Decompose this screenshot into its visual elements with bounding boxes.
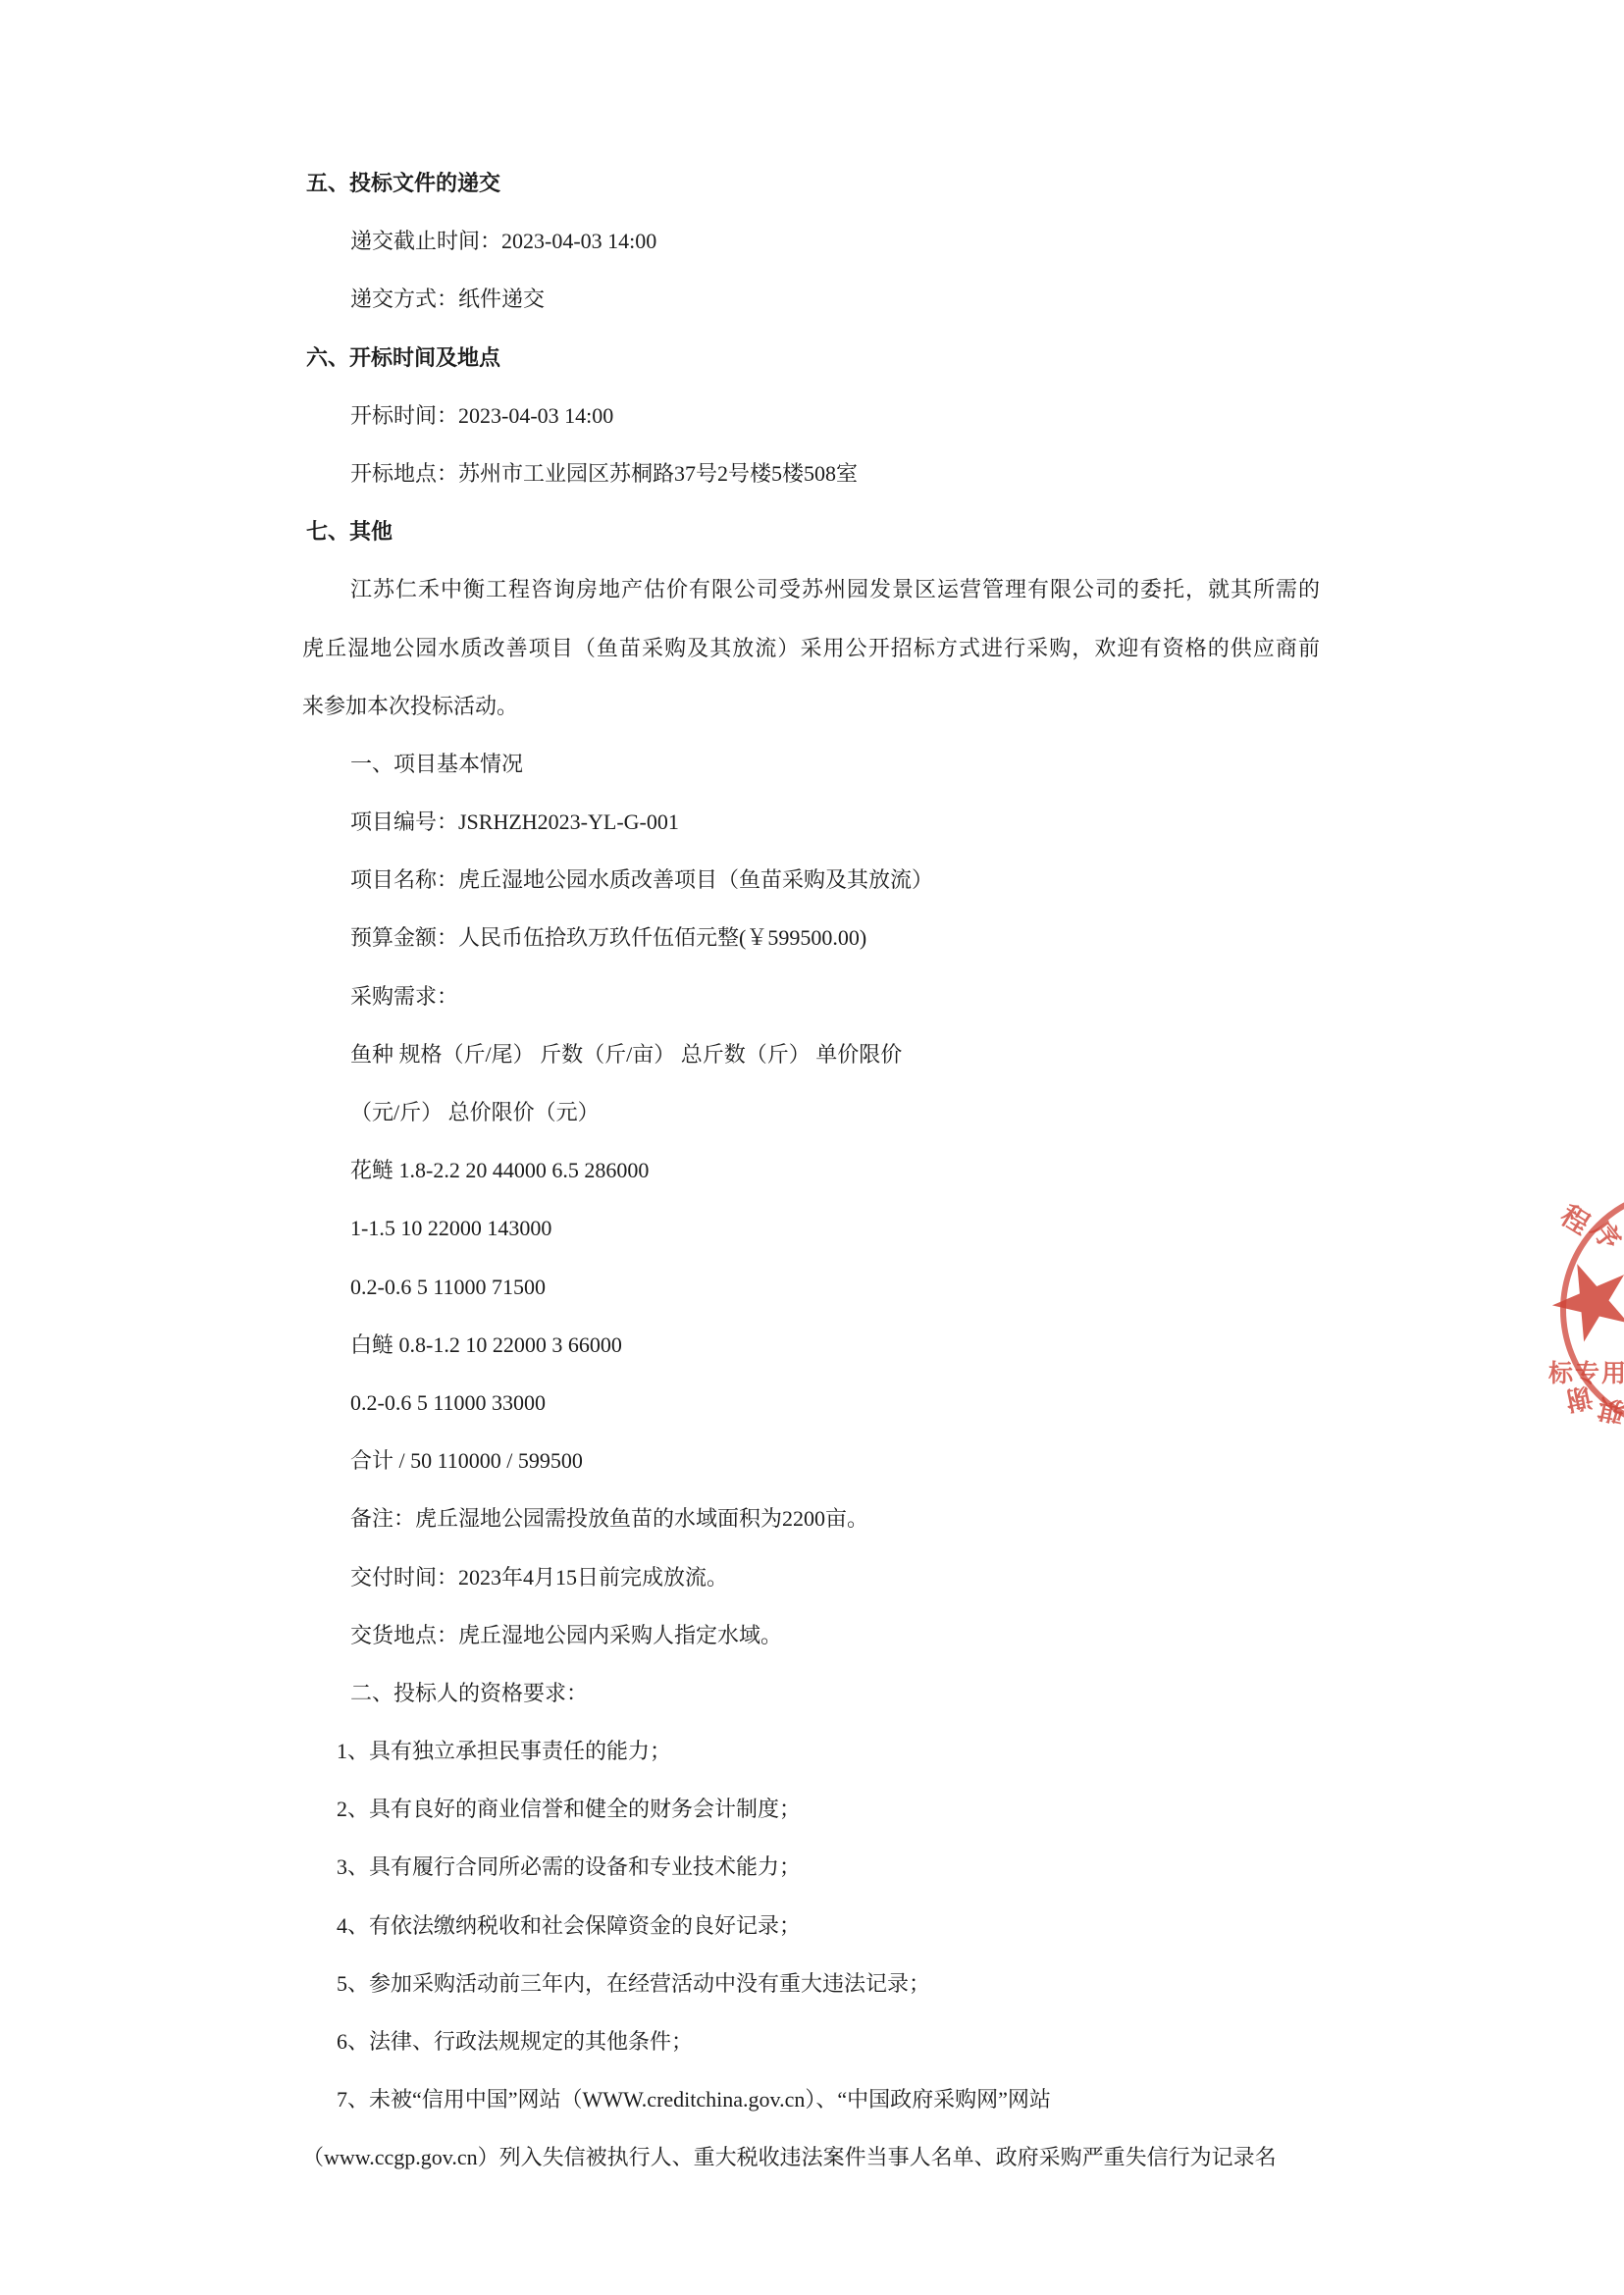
remark: 备注：虎丘湿地公园需投放鱼苗的水域面积为2200亩。 bbox=[302, 1489, 1320, 1547]
intro-paragraph-line: 江苏仁禾中衡工程咨询房地产估价有限公司受苏州园发景区运营管理有限公司的委托，就其… bbox=[302, 560, 1320, 618]
subsection-qualifications: 二、投标人的资格要求： bbox=[302, 1664, 1320, 1722]
qualification-item-continuation: （www.ccgp.gov.cn）列入失信被执行人、重大税收违法案件当事人名单、… bbox=[302, 2128, 1320, 2186]
bid-opening-time: 开标时间：2023-04-03 14:00 bbox=[302, 387, 1320, 444]
stamp-arc-text: 骐 bbox=[1594, 1391, 1624, 1434]
section-heading-6: 六、开标时间及地点 bbox=[302, 329, 1320, 387]
intro-paragraph-line: 来参加本次投标活动。 bbox=[302, 677, 1320, 735]
bid-opening-place: 开标地点：苏州市工业园区苏桐路37号2号楼5楼508室 bbox=[302, 444, 1320, 502]
delivery-place: 交货地点：虎丘湿地公园内采购人指定水域。 bbox=[302, 1606, 1320, 1664]
document-page: 五、投标文件的递交 递交截止时间：2023-04-03 14:00 递交方式：纸… bbox=[0, 0, 1624, 2295]
fish-table-header-2: （元/斤） 总价限价（元） bbox=[302, 1083, 1320, 1141]
delivery-time: 交付时间：2023年4月15日前完成放流。 bbox=[302, 1548, 1320, 1606]
submission-method: 递交方式：纸件递交 bbox=[302, 270, 1320, 328]
document-body: 五、投标文件的递交 递交截止时间：2023-04-03 14:00 递交方式：纸… bbox=[302, 154, 1320, 2187]
fish-table-row: 0.2-0.6 5 11000 33000 bbox=[302, 1374, 1320, 1432]
fish-table-row: 0.2-0.6 5 11000 71500 bbox=[302, 1258, 1320, 1316]
fish-table-row: 花鲢 1.8-2.2 20 44000 6.5 286000 bbox=[302, 1141, 1320, 1199]
fish-table-row: 白鲢 0.8-1.2 10 22000 3 66000 bbox=[302, 1316, 1320, 1374]
intro-paragraph-line: 虎丘湿地公园水质改善项目（鱼苗采购及其放流）采用公开招标方式进行采购，欢迎有资格… bbox=[302, 619, 1320, 677]
stamp-arc-text: 程 bbox=[1554, 1195, 1598, 1243]
submission-deadline: 递交截止时间：2023-04-03 14:00 bbox=[302, 212, 1320, 270]
qualification-item: 2、具有良好的商业信誉和健全的财务会计制度； bbox=[302, 1780, 1320, 1838]
qualification-item: 7、未被“信用中国”网站（WWW.creditchina.gov.cn）、“中国… bbox=[302, 2070, 1320, 2128]
fish-table-row: 1-1.5 10 22000 143000 bbox=[302, 1199, 1320, 1257]
stamp-arc-text: 谢 bbox=[1562, 1380, 1597, 1423]
qualification-item: 5、参加采购活动前三年内，在经营活动中没有重大违法记录； bbox=[302, 1955, 1320, 2012]
qualification-item: 4、有依法缴纳税收和社会保障资金的良好记录； bbox=[302, 1897, 1320, 1955]
subsection-project-info: 一、项目基本情况 bbox=[302, 735, 1320, 793]
qualification-item: 3、具有履行合同所必需的设备和专业技术能力； bbox=[302, 1838, 1320, 1896]
qualification-item: 1、具有独立承担民事责任的能力； bbox=[302, 1722, 1320, 1780]
stamp-center-text: 标专用章 bbox=[1548, 1354, 1624, 1389]
section-heading-7: 七、其他 bbox=[302, 502, 1320, 560]
stamp-ring bbox=[1560, 1187, 1624, 1433]
project-number: 项目编号：JSRHZH2023-YL-G-001 bbox=[302, 793, 1320, 851]
section-heading-5: 五、投标文件的递交 bbox=[302, 154, 1320, 212]
procurement-demand: 采购需求： bbox=[302, 967, 1320, 1025]
fish-table-header-1: 鱼种 规格（斤/尾） 斤数（斤/亩） 总斤数（斤） 单价限价 bbox=[302, 1025, 1320, 1083]
fish-table-total-row: 合计 / 50 110000 / 599500 bbox=[302, 1432, 1320, 1489]
project-name: 项目名称：虎丘湿地公园水质改善项目（鱼苗采购及其放流） bbox=[302, 851, 1320, 909]
star-icon: ★ bbox=[1532, 1243, 1624, 1360]
stamp-arc-text: 序 bbox=[1584, 1212, 1624, 1258]
qualification-item: 6、法律、行政法规规定的其他条件； bbox=[302, 2012, 1320, 2070]
budget-amount: 预算金额：人民币伍拾玖万玖仟伍佰元整(￥599500.00) bbox=[302, 909, 1320, 966]
